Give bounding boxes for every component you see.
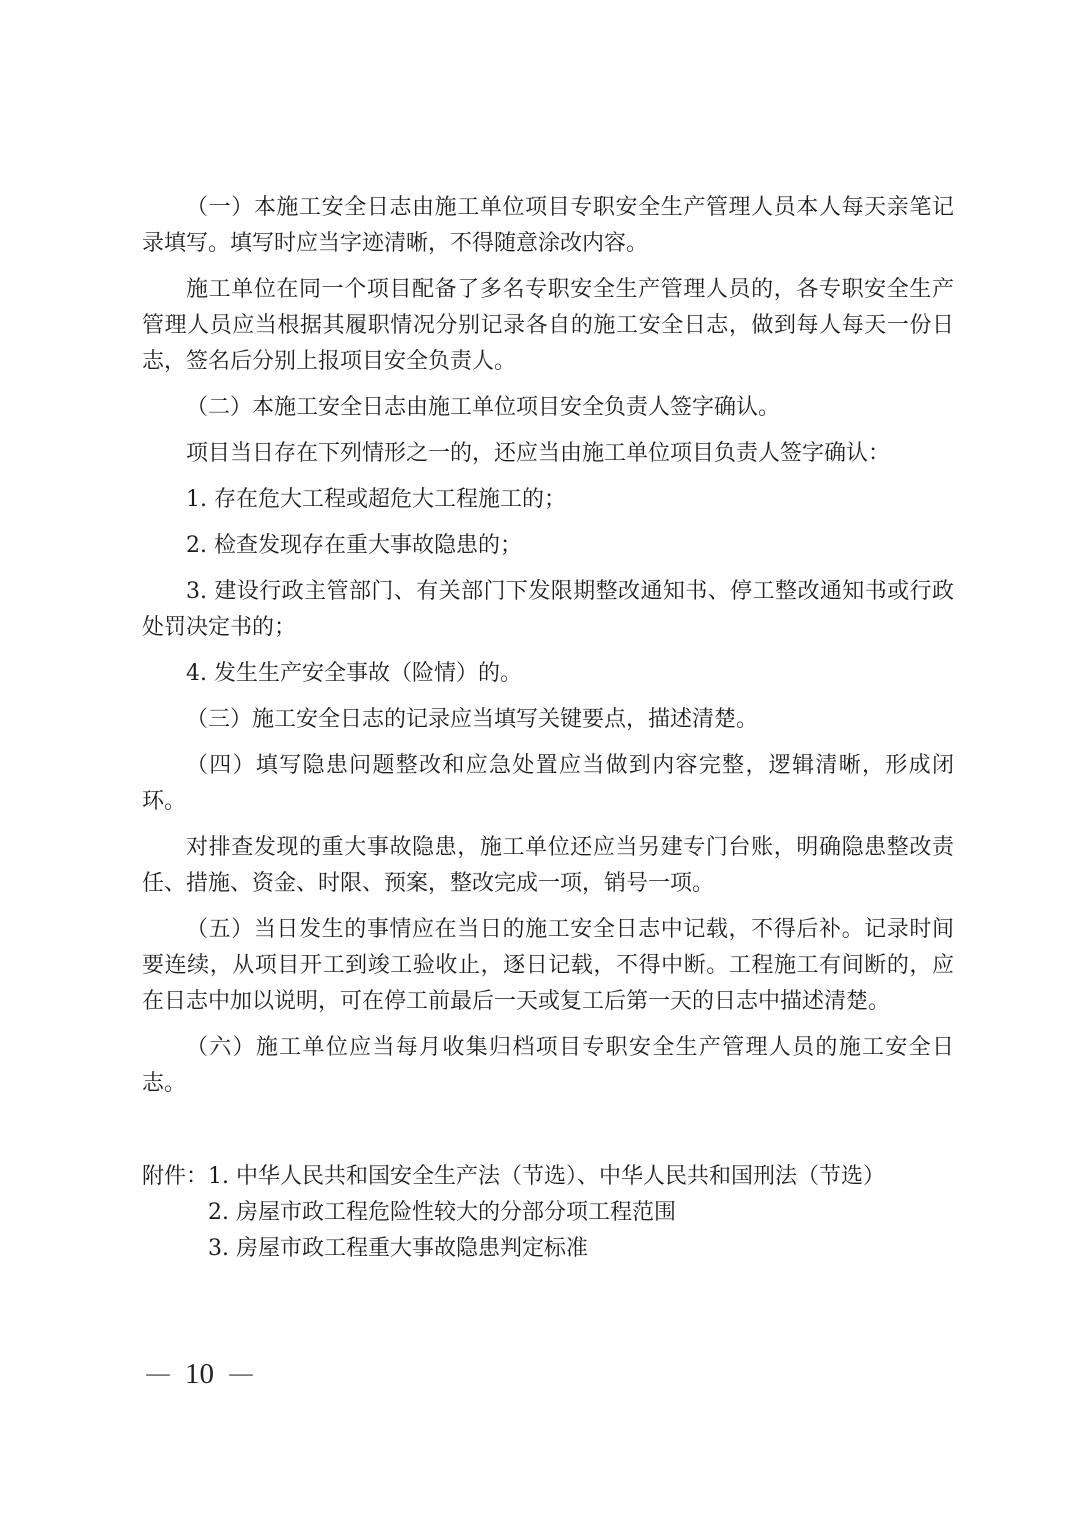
attachment-line: 附件：1. 中华人民共和国安全生产法（节选）、中华人民共和国刑法（节选） [142,1159,954,1195]
body-paragraph: （二）本施工安全日志由施工单位项目安全负责人签字确认。 [142,390,954,426]
body-paragraph: 施工单位在同一个项目配备了多名专职安全生产管理人员的，各专职安全生产管理人员应当… [142,272,954,380]
body-paragraph: 项目当日存在下列情形之一的，还应当由施工单位项目负责人签字确认： [142,436,954,472]
numbered-item: 1. 存在危大工程或超危大工程施工的； [142,482,954,518]
numbered-item: 2. 检查发现存在重大事故隐患的； [142,528,954,564]
body-paragraph: 对排查发现的重大事故隐患，施工单位还应当另建专门台账，明确隐患整改责任、措施、资… [142,830,954,902]
attachment-item: 1. 中华人民共和国安全生产法（节选）、中华人民共和国刑法（节选） [208,1164,885,1189]
attachment-list: 附件：1. 中华人民共和国安全生产法（节选）、中华人民共和国刑法（节选） 2. … [142,1159,954,1267]
body-paragraph: （一）本施工安全日志由施工单位项目专职安全生产管理人员本人每天亲笔记录填写。填写… [142,190,954,262]
attachment-item: 3. 房屋市政工程重大事故隐患判定标准 [142,1231,954,1267]
body-paragraph: （六）施工单位应当每月收集归档项目专职安全生产管理人员的施工安全日志。 [142,1030,954,1102]
attachment-item: 2. 房屋市政工程危险性较大的分部分项工程范围 [142,1195,954,1231]
page-number: 10 [185,1358,214,1390]
numbered-item: 3. 建设行政主管部门、有关部门下发限期整改通知书、停工整改通知书或行政处罚决定… [142,574,954,646]
footer-dash: — [145,1358,171,1390]
document-page: （一）本施工安全日志由施工单位项目专职安全生产管理人员本人每天亲笔记录填写。填写… [0,0,1080,1528]
attachment-label: 附件： [142,1164,208,1189]
body-paragraph: （三）施工安全日志的记录应当填写关键要点，描述清楚。 [142,702,954,738]
document-body: （一）本施工安全日志由施工单位项目专职安全生产管理人员本人每天亲笔记录填写。填写… [142,190,954,1267]
footer-dash: — [228,1358,254,1390]
body-paragraph: （四）填写隐患问题整改和应急处置应当做到内容完整，逻辑清晰，形成闭环。 [142,748,954,820]
body-paragraph: （五）当日发生的事情应在当日的施工安全日志中记载，不得后补。记录时间要连续，从项… [142,912,954,1020]
page-footer: — 10 — [145,1358,254,1390]
numbered-item: 4. 发生生产安全事故（险情）的。 [142,656,954,692]
